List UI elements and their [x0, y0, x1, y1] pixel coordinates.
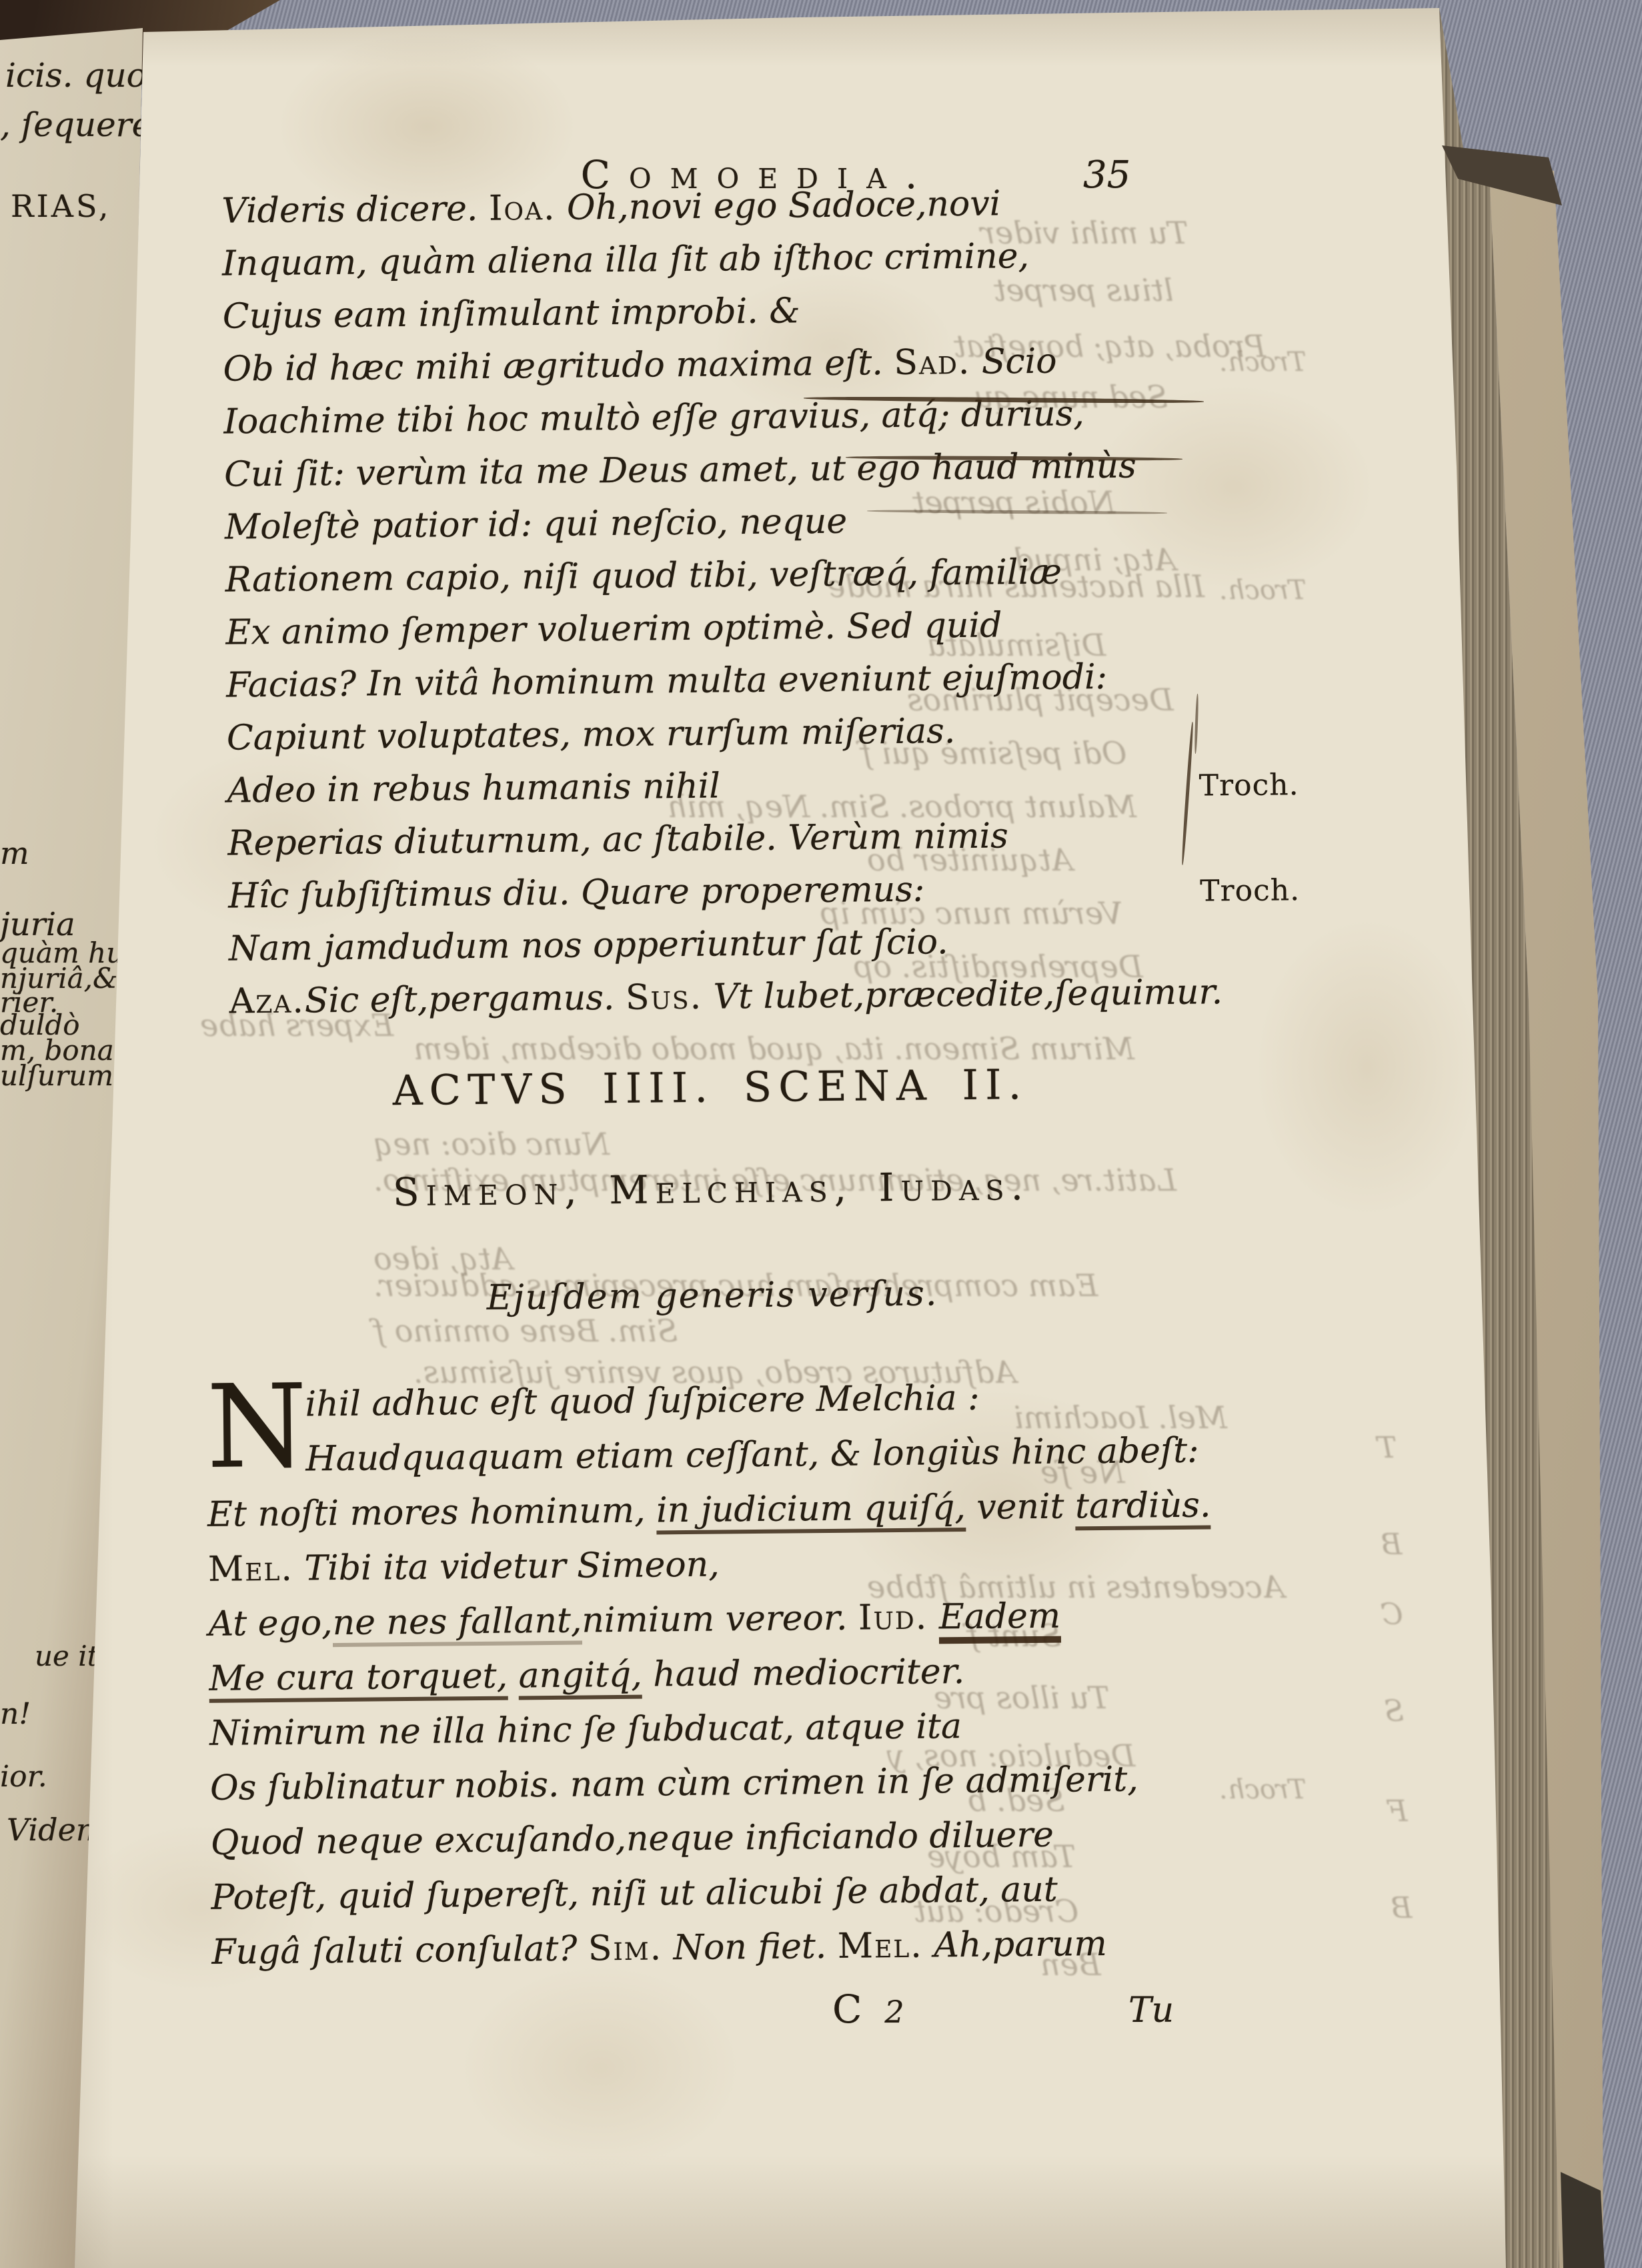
left-page-fragment: , ſequere. [0, 105, 162, 144]
verse-text: Reperias diuturnum, ac ſtabile. Verùm ni… [227, 816, 1008, 863]
verse-type-note: Ejuſdem generis verſus. [205, 1269, 1220, 1322]
verse-line: Capiunt voluptates, mox rurſum miſerias. [200, 702, 1214, 765]
verse-text: Oh,novi ego Sadoce,novi [556, 183, 1000, 227]
bleed-through-text: F [1387, 1794, 1408, 1828]
verse-line: Os ſublinatur nobis. nam cùm crimen in ſ… [210, 1751, 1224, 1816]
verse-text [508, 1656, 519, 1696]
verse-text: Inquam, quàm aliena illa ſit ab iſthoc c… [222, 236, 1029, 284]
speaker-label: Iud. [858, 1598, 928, 1638]
verse-text: Cui ſit: verùm ita me Deus amet, ut ego … [224, 446, 1136, 494]
verse-line: Mel. Tibi ita videtur Simeon, [208, 1532, 1222, 1597]
bleed-through-text: S [1384, 1694, 1404, 1728]
catchword: Tu [1128, 1991, 1174, 2031]
verse-line: Fugâ ſaluti conſulat? Sim. Non fiet. Mel… [211, 1915, 1226, 1980]
left-page-fragment: n! [0, 1697, 31, 1731]
verse-line: Adeo in rebus humanis nihilTroch. [200, 755, 1214, 818]
verse-text: ne nes fallant, [332, 1601, 582, 1648]
bleed-through-text: C [1381, 1598, 1403, 1632]
verse-text: Ex animo ſemper voluerim optimè. Sed qui… [225, 605, 1002, 652]
verse-text: Eadem [939, 1596, 1061, 1644]
margin-note: Troch. [1200, 864, 1301, 917]
verse-text: Et noſti mores hominum, [207, 1490, 657, 1534]
verse-text: Facias? In vitâ hominum multa eveniunt e… [226, 657, 1107, 706]
speaker-label: Sim. [588, 1928, 663, 1968]
verse-line: Cujus eam inſimulant improbi. & [196, 281, 1210, 344]
left-page-fragment: m [0, 835, 29, 871]
verse-text: Capiunt voluptates, mox rurſum miſerias. [227, 711, 956, 758]
signature-letter: C [832, 1987, 862, 2032]
verse-text: Poteſt, quid ſupereſt, niſi ut alicubi ſ… [211, 1870, 1058, 1918]
speaker-label: Mel. [838, 1926, 924, 1966]
verse-line: Aza.Sic eſt,pergamus. Sus. Vt lubet,præc… [202, 966, 1216, 1029]
verse-line: Haudquaquam etiam ceſſant, & longiùs hin… [207, 1423, 1221, 1488]
verse-text: Nam jamdudum nos opperiuntur ſat ſcio. [229, 922, 948, 969]
signature-mark: C2 [832, 1987, 904, 2032]
act-scene-heading: ACTVS IIII. SCENA II. [203, 1056, 1218, 1119]
verse-text: Vt lubet,præcedite,ſequimur. [702, 972, 1223, 1017]
speaker-label: Ioa. [489, 188, 556, 229]
verse-text: Quod neque excuſando,neque inficiando di… [211, 1815, 1054, 1863]
verse-block-2: Nihil adhuc eſt quod ſuſpicere Melchia :… [206, 1368, 1226, 1980]
verse-text: Tibi ita videtur Simeon, [293, 1545, 720, 1589]
signature-number: 2 [884, 1994, 904, 2030]
verse-line: Hîc ſubſiſtimus diu. Quare properemus:Tr… [201, 861, 1216, 923]
verse-text: Rationem capio, niſi quod tibi, veſtræq́… [225, 552, 1062, 600]
bleed-through-text: Troch. [1219, 1774, 1307, 1805]
verse-text: Me cura torquet, [209, 1656, 508, 1703]
verse-line: Ob id hæc mihi ægritudo maxima eſt. Sad.… [196, 334, 1210, 396]
book-photo: icis. quod, ſequere.RIAS,mjuriaquàm hu,n… [0, 0, 1642, 2268]
verse-text: Videris dicere. [221, 189, 489, 231]
verse-line: Reperias diuturnum, ac ſtabile. Verùm ni… [201, 808, 1215, 871]
verse-text: venit [966, 1486, 1076, 1528]
verse-text: At ego, [208, 1603, 333, 1644]
verse-text: Fugâ ſaluti conſulat? [211, 1928, 588, 1972]
verse-line: Et noſti mores hominum, in judicium quiſ… [207, 1478, 1222, 1542]
verse-block-1: Videris dicere. Ioa. Oh,novi ego Sadoce,… [195, 175, 1216, 1029]
bleed-through-text: T [1377, 1431, 1397, 1465]
verse-text: ihil adhuc eſt quod ſuſpicere Melchia : [305, 1378, 980, 1425]
verse-line: Nimirum ne illa hinc ſe ſubducat, atque … [209, 1696, 1224, 1761]
verse-line: Ex animo ſemper voluerim optimè. Sed qui… [199, 597, 1213, 660]
verse-line: Nihil adhuc eſt quod ſuſpicere Melchia : [206, 1368, 1220, 1433]
verse-text: Sic eſt,pergamus. [305, 978, 626, 1021]
verse-text: nimium vereor. [582, 1598, 858, 1641]
verse-text: Haudquaquam etiam ceſſant, & longiùs hin… [305, 1431, 1199, 1480]
verse-text: haud mediocriter. [642, 1652, 964, 1695]
verse-line: Videris dicere. Ioa. Oh,novi ego Sadoce,… [195, 175, 1209, 238]
verse-text: angitq́, [518, 1655, 642, 1700]
verse-line: Moleſtè patior id: qui neſcio, neque [198, 492, 1212, 554]
verse-text: Nimirum ne illa hinc ſe ſubducat, atque … [209, 1706, 962, 1754]
speaker-label: Mel. [208, 1549, 294, 1590]
verse-line: Quod neque excuſando,neque inficiando di… [210, 1806, 1224, 1870]
verse-text: tardiùs. [1075, 1485, 1211, 1530]
verse-text: Ah,parum [922, 1924, 1107, 1966]
bleed-through-text: Troch. [1219, 347, 1307, 378]
speaker-label: Aza. [229, 981, 305, 1021]
verse-line: Ioachime tibi hoc multò eſſe gravius, at… [197, 386, 1211, 449]
bleed-through-text: B [1391, 1891, 1412, 1925]
verse-line: Facias? In vitâ hominum multa eveniunt e… [199, 650, 1214, 712]
bleed-through-text: Troch. [1219, 575, 1307, 606]
left-page-fragment: ior. [0, 1760, 47, 1794]
verse-text [928, 1597, 939, 1637]
verse-line: Poteſt, quid ſupereſt, niſi ut alicubi ſ… [211, 1860, 1225, 1925]
speaker-label: Sus. [626, 977, 703, 1018]
verse-text: Cujus eam inſimulant improbi. & [223, 291, 800, 336]
text-column: Videris dicere. Ioa. Oh,novi ego Sadoce,… [195, 175, 1226, 1979]
speaker-label: Sad. [894, 342, 971, 383]
bleed-through-text: B [1381, 1528, 1402, 1562]
verse-text: Scio [970, 342, 1057, 382]
characters-heading: Simeon, Melchias, Iudas. [204, 1160, 1218, 1218]
verse-text: Moleſtè patior id: qui neſcio, neque [225, 502, 848, 548]
verse-line: Me cura torquet, angitq́, haud mediocrit… [209, 1642, 1223, 1706]
verse-line: Cui ſit: verùm ita me Deus amet, ut ego … [197, 439, 1212, 502]
verse-text: Ob id hæc mihi ægritudo maxima eſt. [223, 343, 894, 390]
left-page-fragment: RIAS, [11, 188, 111, 224]
verse-text: Os ſublinatur nobis. nam cùm crimen in ſ… [210, 1760, 1138, 1808]
margin-note: Troch. [1198, 758, 1299, 812]
verse-line: Nam jamdudum nos opperiuntur ſat ſcio. [202, 913, 1216, 976]
verse-text: Adeo in rebus humanis nihil [227, 766, 720, 810]
verse-line: Rationem capio, niſi quod tibi, veſtræq́… [198, 544, 1212, 607]
book-page: Tu mihi viderltius perpetProba, atq; bon… [0, 0, 1642, 2268]
verse-line: At ego,ne nes fallant,nimium vereor. Iud… [208, 1587, 1222, 1652]
verse-text: Hîc ſubſiſtimus diu. Quare properemus: [228, 870, 925, 917]
verse-line: Inquam, quàm aliena illa ſit ab iſthoc c… [195, 228, 1210, 291]
verse-text: in judicium quiſq́, [656, 1488, 966, 1534]
verse-text: Non fiet. [662, 1926, 838, 1968]
left-page-fragment: ulſurum. [0, 1059, 122, 1092]
